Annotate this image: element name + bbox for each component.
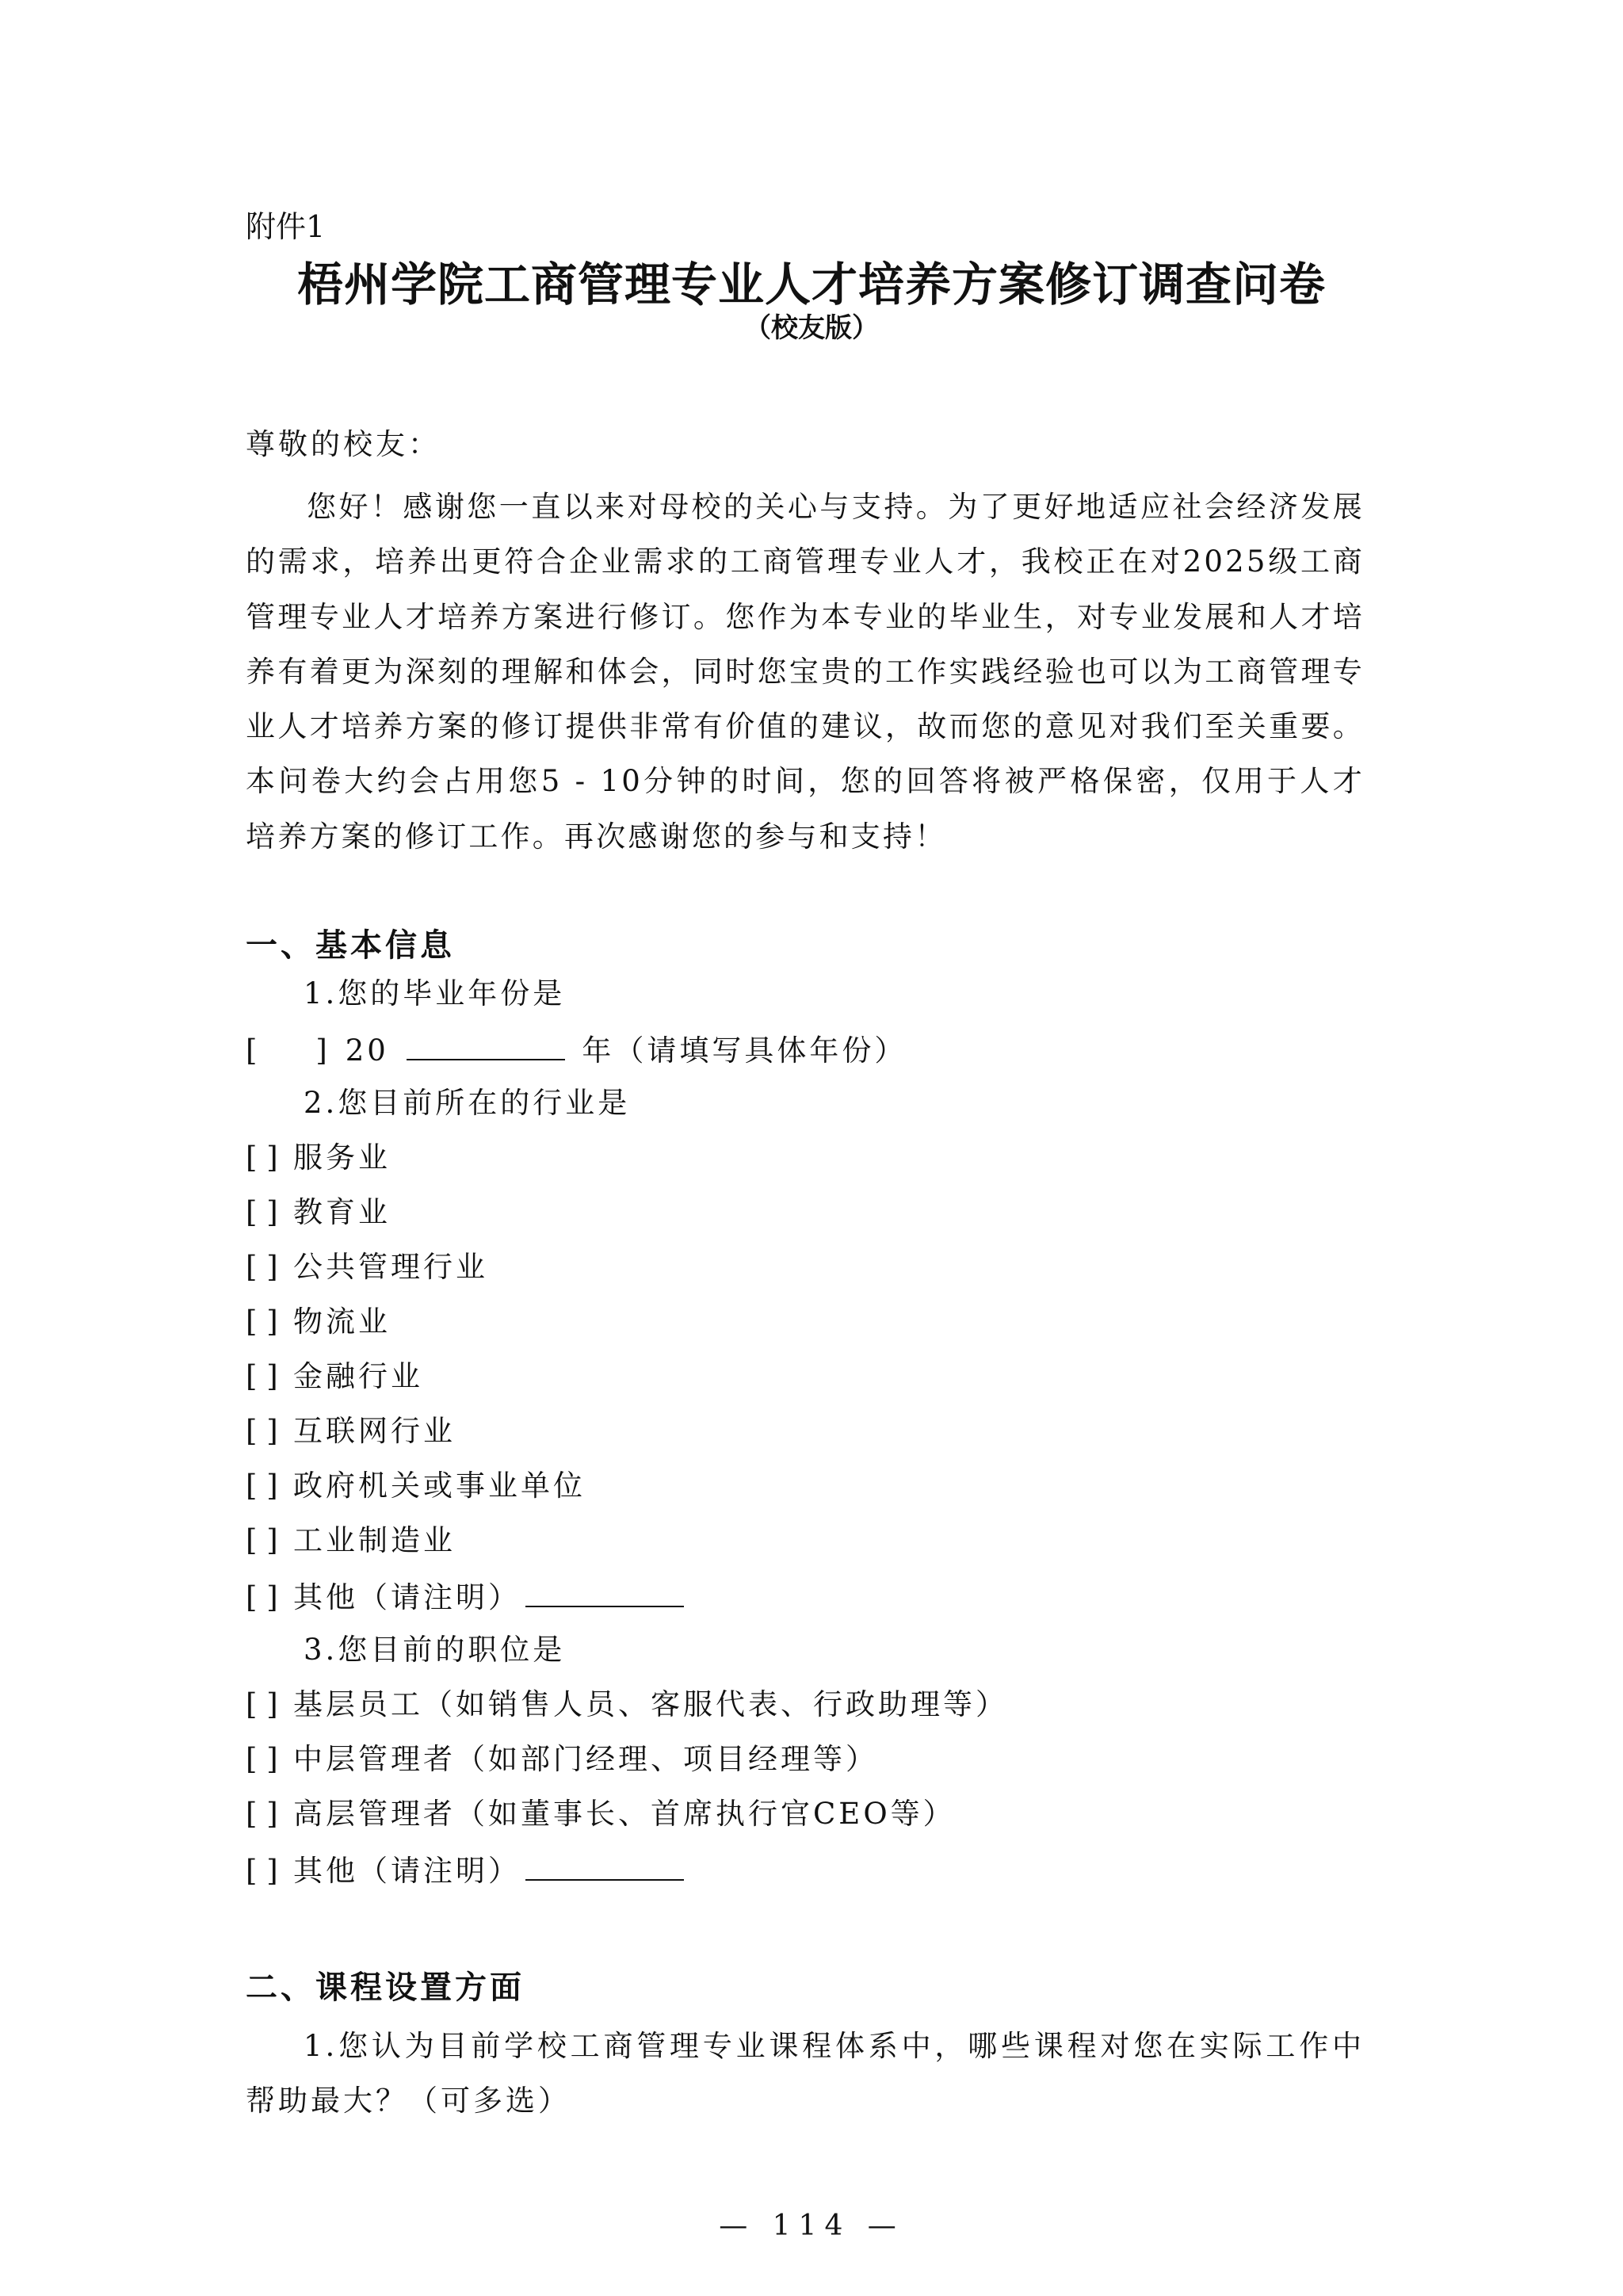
option-industry-1[interactable]: [ ]服务业	[246, 1143, 391, 1172]
option-label: 基层员工（如销售人员、客服代表、行政助理等）	[293, 1687, 1008, 1721]
intro-paragraph: 您好！感谢您一直以来对母校的关心与支持。为了更好地适应社会经济发展的需求，培养出…	[246, 479, 1365, 864]
option-industry-6[interactable]: [ ]互联网行业	[246, 1416, 456, 1446]
checkbox[interactable]: [ ]	[246, 1744, 293, 1774]
checkbox[interactable]: [ ]	[246, 1856, 293, 1885]
year-input-blank[interactable]	[407, 1033, 565, 1060]
question-industry: 2.您目前所在的行业是	[304, 1088, 630, 1117]
other-industry-input-blank[interactable]	[525, 1580, 684, 1607]
checkbox[interactable]: [ ]	[246, 1471, 293, 1500]
option-industry-2[interactable]: [ ]教育业	[246, 1198, 391, 1227]
checkbox[interactable]: [ ]	[246, 1362, 293, 1391]
option-position-2[interactable]: [ ]中层管理者（如部门经理、项目经理等）	[246, 1744, 878, 1774]
checkbox[interactable]: [ ]	[246, 1036, 333, 1065]
option-industry-5[interactable]: [ ]金融行业	[246, 1362, 423, 1391]
year-suffix: 年（请填写具体年份）	[582, 1033, 907, 1068]
option-label: 金融行业	[293, 1359, 423, 1393]
option-industry-other[interactable]: [ ]其他（请注明）	[246, 1580, 689, 1612]
option-label: 其他（请注明）	[293, 1854, 521, 1888]
question-graduation-year: 1.您的毕业年份是	[304, 979, 565, 1008]
other-position-input-blank[interactable]	[525, 1854, 684, 1881]
checkbox[interactable]: [ ]	[246, 1198, 293, 1227]
option-label: 中层管理者（如部门经理、项目经理等）	[293, 1742, 878, 1776]
checkbox[interactable]: [ ]	[246, 1799, 293, 1828]
option-position-other[interactable]: [ ]其他（请注明）	[246, 1854, 689, 1885]
graduation-year-row: [ ] 20 年（请填写具体年份）	[246, 1033, 907, 1065]
document-title: 梧州学院工商管理专业人才培养方案修订调查问卷	[0, 247, 1623, 314]
option-label: 其他（请注明）	[293, 1580, 521, 1614]
option-label: 公共管理行业	[293, 1250, 488, 1284]
option-label: 物流业	[293, 1305, 391, 1339]
checkbox[interactable]: [ ]	[246, 1583, 293, 1612]
document-subtitle: （校友版）	[0, 306, 1623, 345]
question-position: 3.您目前的职位是	[304, 1635, 565, 1664]
option-label: 政府机关或事业单位	[293, 1469, 586, 1503]
salutation: 尊敬的校友：	[246, 430, 441, 459]
option-label: 服务业	[293, 1140, 391, 1175]
option-industry-7[interactable]: [ ]政府机关或事业单位	[246, 1471, 586, 1500]
option-label: 工业制造业	[293, 1523, 456, 1557]
checkbox[interactable]: [ ]	[246, 1252, 293, 1282]
option-position-3[interactable]: [ ]高层管理者（如董事长、首席执行官CEO等）	[246, 1799, 956, 1828]
checkbox[interactable]: [ ]	[246, 1143, 293, 1172]
option-industry-8[interactable]: [ ]工业制造业	[246, 1526, 456, 1555]
section-heading-basic-info: 一、基本信息	[246, 920, 455, 965]
option-industry-3[interactable]: [ ]公共管理行业	[246, 1252, 488, 1282]
checkbox[interactable]: [ ]	[246, 1416, 293, 1446]
option-label: 互联网行业	[293, 1414, 456, 1448]
option-label: 高层管理者（如董事长、首席执行官CEO等）	[293, 1797, 956, 1831]
checkbox[interactable]: [ ]	[246, 1307, 293, 1336]
option-industry-4[interactable]: [ ]物流业	[246, 1307, 391, 1336]
year-prefix: 20	[346, 1033, 389, 1068]
section-heading-curriculum: 二、课程设置方面	[246, 1962, 525, 2008]
question-helpful-courses: 1.您认为目前学校工商管理专业课程体系中，哪些课程对您在实际工作中帮助最大？（可…	[246, 2019, 1365, 2128]
checkbox[interactable]: [ ]	[246, 1526, 293, 1555]
checkbox[interactable]: [ ]	[246, 1690, 293, 1719]
page-number: — 114 —	[0, 2210, 1623, 2242]
option-position-1[interactable]: [ ]基层员工（如销售人员、客服代表、行政助理等）	[246, 1690, 1008, 1719]
attachment-label: 附件1	[246, 202, 325, 246]
option-label: 教育业	[293, 1195, 391, 1229]
